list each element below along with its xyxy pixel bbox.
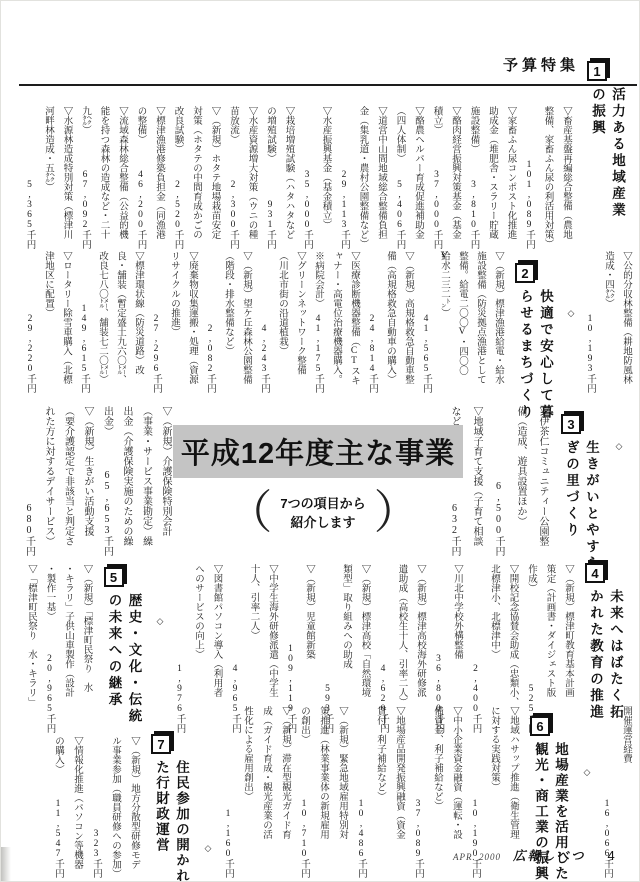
item-column: ▽「標津町民祭り 水・キラリ」 xyxy=(22,561,41,733)
subtitle-note: （ 7つの項目から 紹介します ） xyxy=(207,485,439,541)
main-title: 平成12年度主な事業 xyxy=(173,425,463,478)
item-column: ▽栽培増殖試験（ハタハタなど xyxy=(279,61,298,249)
section-title: 未来へはばたく拓かれた教育の推進 xyxy=(585,589,625,721)
section-title: 住民参加の開かれた行財政運営 xyxy=(151,760,191,882)
item-text: 河畔林造成・五㌶） xyxy=(39,106,58,249)
item-amount: 11,547千円 xyxy=(48,799,67,878)
budget-item: ▽家畜ふん尿コンポスト化推進助成金（堆肥舎・スラリー貯蔵施設整備）3,810千円 xyxy=(464,61,520,249)
section-title: 活力ある地域産業の振興 xyxy=(587,87,627,219)
item-amount: 5,406千円 xyxy=(390,180,409,249)
item-text: 備（高規格救急自動車の購入） xyxy=(381,251,399,393)
section-header: 7住民参加の開かれた行財政運営 xyxy=(151,734,191,882)
item-text: 出金（介護保険実施のための繰 xyxy=(117,406,137,556)
section-number-box: 2 xyxy=(515,263,535,283)
item-text: ▽医療診断機器整備（CTスキ xyxy=(345,251,363,393)
item-column: 九㌶）67,092千円 xyxy=(76,61,95,249)
item-amount: 5,365千円 xyxy=(20,180,39,249)
item-amount: 10,190千円 xyxy=(465,799,484,878)
item-column: ▽酪農ヘルパー育成促進補助金 xyxy=(409,61,428,249)
item-column: ※病院会計）41,175千円 xyxy=(309,251,327,393)
item-amount: 323千円 xyxy=(86,829,105,878)
item-text: 対策（ホタテの中間育成かごの xyxy=(187,106,206,249)
item-text: （階段・排水整備など） xyxy=(219,251,237,393)
item-amount: 10,193千円 xyxy=(581,314,599,393)
budget-item: ▽医療診断機器整備（CTスキャナー・高電位治療機器購入。※病院会計）41,175… xyxy=(309,251,363,393)
item-text: ▽グリーンネットワーク整備 xyxy=(291,251,309,393)
item-amount: 46,200千円 xyxy=(131,170,150,249)
scan-smudge xyxy=(1,847,11,882)
item-column: 37,089千円 xyxy=(408,706,427,878)
budget-item: ▽（新規）生きがい活動支援（要介護認定で非該当と判定された方に対するデイサービス… xyxy=(19,406,97,556)
item-column: ▽情報化推進（パソコン等機器 xyxy=(67,706,86,878)
budget-item: ▽公的分収林整備（耕地防風林造成・四㌶）10,193千円 xyxy=(581,251,635,393)
item-column: 1,160千円 xyxy=(218,706,237,878)
item-column: 苗放流）2,300千円 xyxy=(224,61,243,249)
item-column: リサイクルの推進） xyxy=(165,251,183,393)
page-footer: APR. 2000 広報しべつ 4 xyxy=(453,846,615,864)
item-column: 5,365千円 xyxy=(20,61,39,249)
item-text: ▽畜産基盤再編総合整備（農地 xyxy=(557,106,576,249)
item-column: ▽（新規）生きがい活動支援 xyxy=(78,406,98,556)
budget-item: ▽水産振興基金（基金積立）35,000千円 xyxy=(298,61,335,249)
item-amount: 4,243千円 xyxy=(255,324,273,393)
item-text: ▽標津漁港修築負担金（同漁港 xyxy=(150,106,169,249)
section-end-diamond-icon: ◇ xyxy=(563,251,581,393)
section-header: 4未来へはばたく拓かれた教育の推進 xyxy=(585,563,625,721)
item-column: ▽酪肉経営振興対策基金（基金 xyxy=(446,61,465,249)
item-column: 施設整備（防災拠点漁港として xyxy=(471,251,489,393)
item-text: ▽（新規）標津漁港給電・給水 xyxy=(489,251,507,393)
item-column: 2,082千円 xyxy=(201,251,219,393)
item-column: 津地区に配置） xyxy=(39,251,57,393)
item-text: ル事業参加（職員研修への参加） xyxy=(105,736,124,878)
budget-item: ▽「標津町民祭り 水・キラリ」 xyxy=(22,561,41,733)
item-column: ▽（新規）標津漁港給電・給水 xyxy=(489,251,507,393)
item-column: （事業・サービス事業勘定）繰 xyxy=(136,406,156,556)
item-amount: 24,814千円 xyxy=(363,314,381,393)
item-column: 整備。給電二〇〇V・四〇〇V、 xyxy=(453,251,471,393)
budget-item: ▽酪肉経営振興対策基金（基金積立）37,000千円 xyxy=(427,61,464,249)
item-text: （川北市街の沿道植栽） xyxy=(273,251,291,393)
item-text: ▽公的分収林整備（耕地防風林 xyxy=(617,251,635,393)
item-text: ▽栽培増殖試験（ハタハタなど xyxy=(279,106,298,249)
item-amount: 27,296千円 xyxy=(147,314,165,393)
main-title-text: 平成12年度主な事業 xyxy=(181,431,455,472)
item-column: 策推進（林業事業体の新規雇用 xyxy=(313,706,332,878)
item-column: 27,296千円 xyxy=(147,251,165,393)
item-column: 10,486千円 xyxy=(351,706,370,878)
subtitle-note-line1: 7つの項目から xyxy=(280,494,365,513)
item-amount: 931千円 xyxy=(261,200,280,249)
item-column: （川北市街の沿道植栽） xyxy=(273,251,291,393)
section-header: 3生きがいとやすらぎの里づくり xyxy=(561,414,601,572)
item-text: ▽廃棄物収集運搬・処理（資源 xyxy=(183,251,201,393)
budget-item: ▽（新規）緊急地域雇用特別対策推進（林業事業体の新規雇用の創出）10,710千円 xyxy=(294,706,351,878)
item-column: ▽伊茶仁コミュニティー公園整 xyxy=(531,406,553,556)
item-column: ▽標津環状線（防災道路）改 xyxy=(129,251,147,393)
budget-item: ▽地場産品開発振興融資（資金貸付、利子補給など）10,486千円 xyxy=(351,706,408,878)
budget-item: ▽畜産基盤再編総合整備（農地整備、家畜ふん尿の利活用対策）101,089千円 xyxy=(520,61,576,249)
item-column: ▽廃棄物収集運搬・処理（資源 xyxy=(183,251,201,393)
item-text: ▽水産資源増大対策（ウニの種 xyxy=(242,106,261,249)
section-title: 快適で安心して暮らせるまちづくり xyxy=(515,289,555,421)
item-amount: 2,082千円 xyxy=(201,324,219,393)
item-column: 金（集乳道・農村公園整備など） xyxy=(353,61,372,249)
budget-item: ▽（新規）望ケ丘森林公園整備（階段・排水整備など）2,082千円 xyxy=(201,251,255,393)
budget-item: ▽（新規）ホタテ地場栽苗安定対策（ホタテの中間育成かごの改良試験）2,520千円 xyxy=(168,61,224,249)
budget-item: ▽情報化推進（パソコン等機器の購入）11,547千円 xyxy=(48,706,86,878)
section-header: 2快適で安心して暮らせるまちづくり xyxy=(515,263,555,421)
footer-page-number: 4 xyxy=(608,848,615,863)
item-column: 整備、家畜ふん尿の利活用対策） xyxy=(538,61,557,249)
item-text: ャナー・高電位治療機器購入。 xyxy=(327,251,345,393)
item-column: （四人体制）5,406千円 xyxy=(390,61,409,249)
item-amount: 680千円 xyxy=(19,503,39,556)
item-text: 助成金（堆肥舎・スラリー貯蔵 xyxy=(483,106,502,249)
flow-section-1: 1活力ある地域産業の振興▽畜産基盤再編総合整備（農地整備、家畜ふん尿の利活用対策… xyxy=(20,61,635,249)
item-column: ▽公的分収林整備（耕地防風林 xyxy=(617,251,635,393)
item-text: ▽（新規）地方分散型研修モデ xyxy=(124,736,143,878)
section-end-diamond-icon: ◇ xyxy=(609,406,631,556)
item-text: 能を持つ森林の造成など・二十 xyxy=(94,106,113,249)
item-amount: 37,000千円 xyxy=(427,170,446,249)
budget-item: ▽グリーンネットワーク整備（川北市街の沿道植栽）4,243千円 xyxy=(255,251,309,393)
item-column: れた方に対するデイサービス） xyxy=(39,406,59,556)
item-amount: 1,160千円 xyxy=(218,809,237,878)
item-column: 積立）37,000千円 xyxy=(427,61,446,249)
budget-item: ▽ロータリー除雪車購入（北標津地区に配置）29,220千円 xyxy=(21,251,75,393)
item-column: 101,089千円 xyxy=(520,61,539,249)
item-text: 改良七八〇㍍、舗装七二〇㍍） xyxy=(93,251,111,393)
section-number-box: 5 xyxy=(104,567,124,587)
item-column: 680千円 xyxy=(19,406,39,556)
budget-item: ▽流域森林総合整備（公益的機能を持つ森林の造成など・二十九㌶）67,092千円 xyxy=(76,61,132,249)
item-text: ▽標津環状線（防災道路）改 xyxy=(129,251,147,393)
subtitle-note-line2: 紹介します xyxy=(280,513,365,532)
section-number-box: 3 xyxy=(561,414,581,434)
item-column: 備資金、利子補給など） xyxy=(427,706,446,878)
paren-close: ） xyxy=(374,487,420,539)
budget-item: ▽栽培増殖試験（ハタハタなどの増殖試験）931千円 xyxy=(261,61,298,249)
item-text: ▽伊茶仁コミュニティー公園整 xyxy=(531,406,553,556)
budget-item: ▽標津漁港修築負担金（同漁港の整備）46,200千円 xyxy=(131,61,168,249)
item-column: ▽地域子育て支援（子育て相談 xyxy=(465,406,487,556)
item-column: 改良試験）2,520千円 xyxy=(168,61,187,249)
item-column: ▽水産資源増大対策（ウニの種 xyxy=(242,61,261,249)
item-column: ▽（新規）ホタテ地場栽苗安定 xyxy=(205,61,224,249)
item-column: ▽（新規）地方分散型研修モデ xyxy=(124,706,143,878)
item-text: ▽（新規）生きがい活動支援 xyxy=(78,406,98,556)
item-text: 給水二三二㌧） xyxy=(435,251,453,393)
item-column: 備（造成、遊具設置ほか） xyxy=(509,406,531,556)
item-column: 4,243千円 xyxy=(255,251,273,393)
item-text: （事業・サービス事業勘定）繰 xyxy=(136,406,156,556)
item-column: （階段・排水整備など） xyxy=(219,251,237,393)
item-column: 出金（介護保険実施のための繰 xyxy=(117,406,137,556)
item-column: ▽水産振興基金（基金積立） xyxy=(316,61,335,249)
item-text: 開催運営経費 xyxy=(616,706,635,878)
item-amount: 16,066千円 xyxy=(597,799,616,878)
item-column: の整備）46,200千円 xyxy=(131,61,150,249)
item-amount: 632千円 xyxy=(443,503,465,556)
item-column: ▽グリーンネットワーク整備 xyxy=(291,251,309,393)
item-column: ▽流域森林総合整備（公益的機 xyxy=(113,61,132,249)
item-text: ▽酪農ヘルパー育成促進補助金 xyxy=(409,106,428,249)
item-column: 良・舗装（暫定盛土九六〇㍍、 xyxy=(111,251,129,393)
item-amount: 29,113千円 xyxy=(335,170,354,249)
item-column: 323千円 xyxy=(86,706,105,878)
item-text: 整備、家畜ふん尿の利活用対策） xyxy=(538,106,557,249)
item-text: ▽家畜ふん尿コンポスト化推進 xyxy=(501,106,520,249)
item-column: 造成・四㌶） xyxy=(599,251,617,393)
item-column: 性化による雇用創出） xyxy=(237,706,256,878)
item-text: ▽（新規）ホタテ地場栽苗安定 xyxy=(205,106,224,249)
item-amount: 41,565千円 xyxy=(417,314,435,393)
item-text: ▽地域子育て支援（子育て相談 xyxy=(465,406,487,556)
item-column: 10,193千円 xyxy=(581,251,599,393)
item-amount: 2,300千円 xyxy=(224,180,243,249)
item-text: 成（ガイド育成・観光産業の活 xyxy=(256,706,275,878)
item-column: 貸付、利子補給など） xyxy=(370,706,389,878)
item-amount: 67,092千円 xyxy=(76,170,95,249)
item-column: 対策（ホタテの中間育成かごの xyxy=(187,61,206,249)
item-text: ▽水源林造成特別対策（標津川 xyxy=(57,106,76,249)
item-text: 備資金、利子補給など） xyxy=(427,706,446,878)
item-column: の増殖試験）931千円 xyxy=(261,61,280,249)
item-column: ▽（新規）緊急地域雇用特別対 xyxy=(332,706,351,878)
item-text: 良・舗装（暫定盛土九六〇㍍、 xyxy=(111,251,129,393)
paren-open: （ xyxy=(226,487,272,539)
item-column: ▽（新規）高規格救急自動車整 xyxy=(399,251,417,393)
item-text: 策推進（林業事業体の新規雇用 xyxy=(313,706,332,878)
item-column: ▽（新規）滞在型観光ガイド育 xyxy=(275,706,294,878)
item-column: 開催運営経費 xyxy=(616,706,635,878)
item-column: 24,814千円 xyxy=(363,251,381,393)
item-text: 施設整備（防災拠点漁港として xyxy=(471,251,489,393)
budget-item: ▽酪農ヘルパー育成促進補助金（四人体制）5,406千円 xyxy=(390,61,427,249)
item-amount: 2,520千円 xyxy=(168,180,187,249)
item-column: 出金）65,653千円 xyxy=(97,406,117,556)
section-end-diamond-icon: ◇ xyxy=(199,706,218,878)
item-text: れた方に対するデイサービス） xyxy=(39,406,59,556)
section-header: 5歴史・文化・伝統の未来への継承 xyxy=(104,567,144,725)
flow-section-3-right: ◇3生きがいとやすらぎの里づくり▽伊茶仁コミュニティー公園整備（造成、遊具設置ほ… xyxy=(443,406,631,556)
item-column: ▽ロータリー除雪車購入（北標 xyxy=(57,251,75,393)
section-title: 生きがいとやすらぎの里づくり xyxy=(561,440,601,572)
item-column: 41,565千円 xyxy=(417,251,435,393)
budget-item: ▽標津環状線（防災道路）改良・舗装（暫定盛土九六〇㍍、改良七八〇㍍、舗装七二〇㍍… xyxy=(75,251,147,393)
item-text: リサイクルの推進） xyxy=(165,251,183,393)
footer-publication: 広報しべつ xyxy=(513,846,586,864)
item-text: ▽道営中山間地域総合整備負担 xyxy=(372,106,391,249)
subtitle-note-lines: 7つの項目から 紹介します xyxy=(280,494,365,532)
item-amount: 41,175千円 xyxy=(309,314,327,393)
item-text: ▽情報化推進（パソコン等機器 xyxy=(67,736,86,878)
item-column: ▽（新規）望ケ丘森林公園整備 xyxy=(237,251,255,393)
budget-item: ▽（新規）高規格救急自動車整備（高規格救急自動車の購入）24,814千円 xyxy=(363,251,417,393)
item-column: ル事業参加（職員研修への参加） xyxy=(105,706,124,878)
item-amount: 3,810千円 xyxy=(464,180,483,249)
item-column: 助成金（堆肥舎・スラリー貯蔵 xyxy=(483,61,502,249)
item-text: 金（集乳道・農村公園整備など） xyxy=(353,106,372,249)
item-column: 備（高規格救急自動車の購入） xyxy=(381,251,399,393)
section-number-box: 4 xyxy=(585,563,605,583)
item-column: 29,113千円 xyxy=(335,61,354,249)
section-header: 1活力ある地域産業の振興 xyxy=(587,61,627,219)
item-amount: 101,089千円 xyxy=(520,160,539,249)
item-text: （要介護認定で非該当と判定さ xyxy=(58,406,78,556)
item-text: 貸付、利子補給など） xyxy=(370,706,389,878)
item-amount: 35,000千円 xyxy=(298,170,317,249)
budget-item: ▽（新規）標津漁港給電・給水施設整備（防災拠点漁港として整備。給電二〇〇V・四〇… xyxy=(417,251,507,393)
section-number-box: 1 xyxy=(587,61,607,81)
item-text: ▽地場産品開発振興融資（資金 xyxy=(389,706,408,878)
item-column: 29,220千円 xyxy=(21,251,39,393)
item-column: の購入）11,547千円 xyxy=(48,706,67,878)
item-column: 給水二三二㌧） xyxy=(435,251,453,393)
item-text: ▽「標津町民祭り 水・キラリ」 xyxy=(22,564,41,733)
item-amount: 65,653千円 xyxy=(97,470,117,556)
item-column: 改良七八〇㍍、舗装七二〇㍍） xyxy=(93,251,111,393)
budget-item: ▽（新規）地方分散型研修モデル事業参加（職員研修への参加）323千円 xyxy=(86,706,143,878)
item-column: ▽水源林造成特別対策（標津川 xyxy=(57,61,76,249)
item-text: 造成・四㌶） xyxy=(599,251,617,393)
item-text: ▽（新規）望ケ丘森林公園整備 xyxy=(237,251,255,393)
item-text: ▽（新規）高規格救急自動車整 xyxy=(399,251,417,393)
item-column: ャナー・高電位治療機器購入。 xyxy=(327,251,345,393)
item-column: ▽標津漁港修築負担金（同漁港 xyxy=(150,61,169,249)
item-column: 能を持つ森林の造成など・二十 xyxy=(94,61,113,249)
item-column: （要介護認定で非該当と判定さ xyxy=(58,406,78,556)
item-text: ▽（新規）緊急地域雇用特別対 xyxy=(332,706,351,878)
flow-section-3-left: ▽（新規）介護保険特別会計（事業・サービス事業勘定）繰出金（介護保険実施のための… xyxy=(19,406,175,556)
budget-item: ▽（新規）滞在型観光ガイド育成（ガイド育成・観光産業の活性化による雇用創出）1,… xyxy=(218,706,294,878)
footer-date: APR. 2000 xyxy=(453,852,501,862)
item-column: ▽地場産品開発振興融資（資金 xyxy=(389,706,408,878)
item-text: ▽酪肉経営振興対策基金（基金 xyxy=(446,106,465,249)
budget-item: ▽廃棄物収集運搬・処理（資源リサイクルの推進）27,296千円 xyxy=(147,251,201,393)
item-column: 河畔林造成・五㌶） xyxy=(39,61,58,249)
item-column: の創出）10,710千円 xyxy=(294,706,313,878)
budget-item: ▽伊茶仁コミュニティー公園整備（造成、遊具設置ほか）6,500千円 xyxy=(487,406,553,556)
budget-item: ▽水源林造成特別対策（標津川河畔林造成・五㌶）5,365千円 xyxy=(20,61,76,249)
item-column: ▽家畜ふん尿コンポスト化推進 xyxy=(501,61,520,249)
item-amount: 10,486千円 xyxy=(351,799,370,878)
item-text: ▽ロータリー除雪車購入（北標 xyxy=(57,251,75,393)
item-text: ▽水産振興基金（基金積立） xyxy=(316,106,335,249)
item-text: ▽（新規）滞在型観光ガイド育 xyxy=(275,706,294,878)
flow-section-2: ▽公的分収林整備（耕地防風林造成・四㌶）10,193千円◇2快適で安心して暮らせ… xyxy=(21,251,635,393)
item-column: 35,000千円 xyxy=(298,61,317,249)
item-text: ▽流域森林総合整備（公益的機 xyxy=(113,106,132,249)
section-number-box: 7 xyxy=(151,734,171,754)
item-text: 性化による雇用創出） xyxy=(237,706,256,878)
item-text: 津地区に配置） xyxy=(39,251,57,393)
item-text: 備（造成、遊具設置ほか） xyxy=(509,406,531,556)
item-amount: 10,710千円 xyxy=(294,799,313,878)
item-amount: 29,220千円 xyxy=(21,314,39,393)
budget-item: ▽（新規）介護保険特別会計（事業・サービス事業勘定）繰出金（介護保険実施のための… xyxy=(97,406,175,556)
item-column: ▽道営中山間地域総合整備負担 xyxy=(372,61,391,249)
document-page: 予算特集 1活力ある地域産業の振興▽畜産基盤再編総合整備（農地整備、家畜ふん尿の… xyxy=(0,0,640,882)
budget-item: ▽水産資源増大対策（ウニの種苗放流）2,300千円 xyxy=(224,61,261,249)
item-column: 149,615千円 xyxy=(75,251,93,393)
item-amount: 37,089千円 xyxy=(408,799,427,878)
item-column: ▽畜産基盤再編総合整備（農地 xyxy=(557,61,576,249)
section-number-box: 6 xyxy=(530,716,550,736)
item-column: 成（ガイド育成・観光産業の活 xyxy=(256,706,275,878)
budget-item: ▽道営中山間地域総合整備負担金（集乳道・農村公園整備など）29,113千円 xyxy=(335,61,391,249)
item-column: 6,500千円 xyxy=(487,406,509,556)
item-column: 施設整備）3,810千円 xyxy=(464,61,483,249)
item-amount: 149,615千円 xyxy=(75,304,93,393)
item-amount: 6,500千円 xyxy=(487,481,509,556)
item-column: ▽医療診断機器整備（CTスキ xyxy=(345,251,363,393)
